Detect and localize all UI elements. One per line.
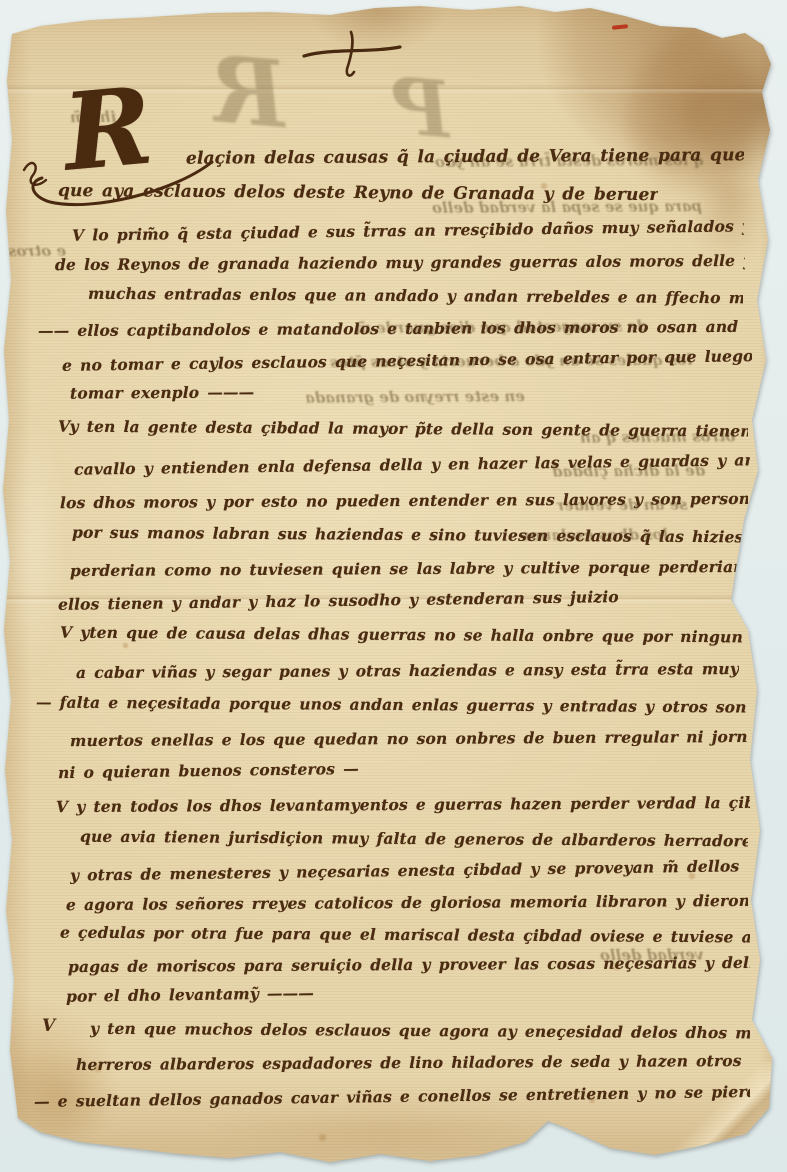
document-scan: R P q̃ los moros desta t̃rra se an ydo p… <box>0 0 787 1172</box>
paper-sheet: R P q̃ los moros desta t̃rra se an ydo p… <box>0 0 787 1172</box>
red-pigment-edge <box>0 180 4 192</box>
manuscript-line: a cabar viñas y segar panes y otras hazi… <box>76 658 739 684</box>
invocation-cross-icon <box>296 26 406 90</box>
manuscript-line: ellos tienen y andar y haz lo susodho y … <box>58 586 618 616</box>
manuscript-line: que avia tienen jurisdiçion muy falta de… <box>80 826 748 852</box>
manuscript-line: e no tomar e caylos esclauos que neçesit… <box>62 345 752 376</box>
manuscript-line: perderian como no tuviesen quien se las … <box>70 556 748 582</box>
manuscript-line: — e sueltan dellos ganados cavar viñas e… <box>34 1081 750 1113</box>
ink-layer: R elaçion delas causas q̃ la çiudad de V… <box>0 0 787 1172</box>
manuscript-line: de los Reynos de granada haziendo muy gr… <box>55 250 745 276</box>
manuscript-line: muertos enellas e los que quedan no son … <box>70 726 748 752</box>
manuscript-line: muchas entradas enlos que an andado y an… <box>88 283 743 309</box>
manuscript-line: ni o quieran buenos consteros — <box>58 758 359 784</box>
manuscript-line: V y ten todos los dhos levantamyentos e … <box>56 792 750 818</box>
manuscript-line: cavallo y entienden enla defensa della y… <box>74 449 750 480</box>
manuscript-line: e çedulas por otra fue para que el maris… <box>60 922 750 949</box>
manuscript-line: —— ellos captibandolos e matandolos e ta… <box>38 316 738 342</box>
red-pigment-dot <box>2 43 10 53</box>
title-line: que aya esclauos delos deste Reyno de Gr… <box>58 180 658 208</box>
paper-sheet-wrap: R P q̃ los moros desta t̃rra se an ydo p… <box>0 0 787 1172</box>
manuscript-line: y otras de menesteres y neçesarias enest… <box>70 855 740 886</box>
manuscript-line: — falta e neçesitada porque unos andan e… <box>36 692 748 719</box>
paragraph-margin-mark: V <box>42 1016 55 1036</box>
manuscript-line: herreros albarderos espadadores de lino … <box>76 1050 748 1076</box>
manuscript-line: por sus manos labran sus haziendas e sin… <box>72 522 748 548</box>
manuscript-line: y ten que muchos delos esclauos que agor… <box>90 1018 750 1044</box>
scanned-manuscript-screenshot: { "page": { "background_color": "#e4ecec… <box>0 0 787 1172</box>
manuscript-line: por el dho levantamỹ ——— <box>66 982 314 1007</box>
manuscript-line: e agora los señores rreyes catolicos de … <box>66 890 748 916</box>
manuscript-line: los dhos moros y por esto no pueden ente… <box>60 488 748 514</box>
manuscript-line: V yten que de causa delas dhas guerras n… <box>60 622 752 649</box>
manuscript-line: Vy ten la gente desta çibdad la mayor p̃… <box>58 416 748 443</box>
title-line: elaçion delas causas q̃ la çiudad de Ver… <box>186 144 744 171</box>
manuscript-line: pagas de moriscos para seruiçio della y … <box>68 952 750 978</box>
manuscript-line: tomar exenplo ——— <box>70 381 254 404</box>
